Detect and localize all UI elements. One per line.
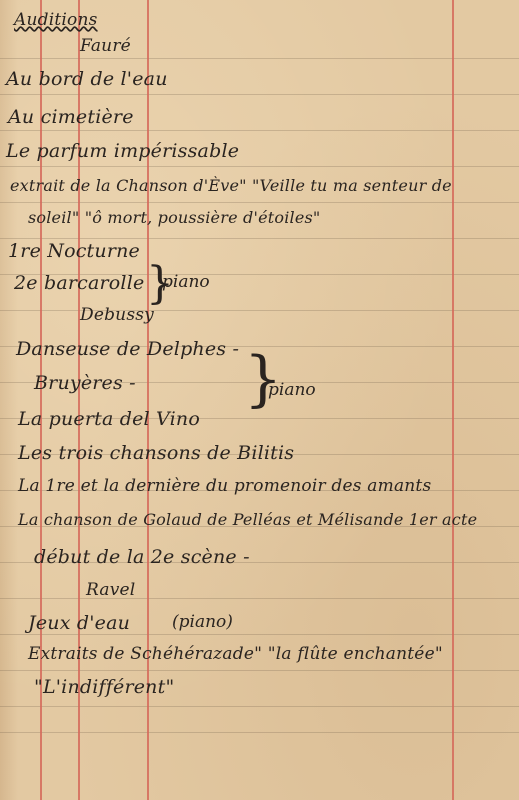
brace-note: piano xyxy=(268,380,316,400)
item: Bruyères - xyxy=(34,372,136,394)
inline-note: (piano) xyxy=(172,612,233,632)
item: soleil" "ô mort, poussière d'étoiles" xyxy=(28,208,320,227)
item: Les trois chansons de Bilitis xyxy=(18,442,294,464)
brace-icon: } xyxy=(244,344,282,414)
item: début de la 2e scène - xyxy=(34,546,250,568)
item: Jeux d'eau xyxy=(28,612,130,634)
item: La 1re et la dernière du promenoir des a… xyxy=(18,476,431,496)
item: La puerta del Vino xyxy=(18,408,200,430)
composer-faure: Fauré xyxy=(80,36,131,56)
brace-note: piano xyxy=(162,272,210,292)
item: extrait de la Chanson d'Ève" "Veille tu … xyxy=(10,176,452,195)
item: Le parfum impérissable xyxy=(6,140,239,162)
composer-debussy: Debussy xyxy=(80,305,154,325)
page-heading: Auditions xyxy=(14,10,98,30)
item: Danseuse de Delphes - xyxy=(16,338,239,360)
item: Au bord de l'eau xyxy=(6,68,168,90)
item: Au cimetière xyxy=(8,106,134,128)
item: 1re Nocturne xyxy=(8,240,140,262)
item: La chanson de Golaud de Pelléas et Mélis… xyxy=(18,510,477,529)
composer-ravel: Ravel xyxy=(86,580,135,600)
item: 2e barcarolle xyxy=(14,272,144,294)
margin-line-right xyxy=(452,0,454,800)
item: "L'indifférent" xyxy=(34,676,174,698)
item: Extraits de Schéhérazade" "la flûte ench… xyxy=(28,644,443,664)
